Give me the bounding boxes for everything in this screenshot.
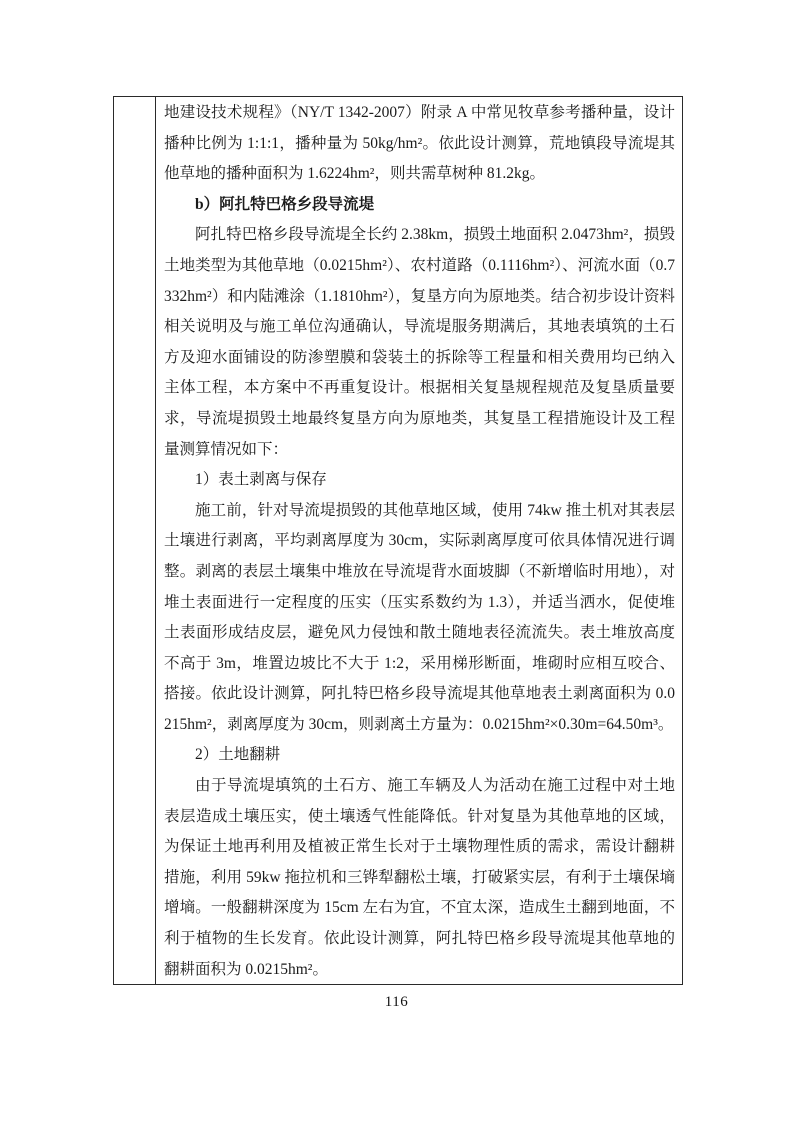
page-number: 116 <box>0 992 793 1012</box>
paragraph-topsoil-stripping: 施工前，针对导流堤损毁的其他草地区域，使用 74kw 推土机对其表层土壤进行剥离… <box>164 496 675 741</box>
table-stub-column <box>114 97 156 984</box>
page-canvas: 地建设技术规程》（NY/T 1342-2007）附录 A 中常见牧草参考播种量，… <box>0 0 793 1122</box>
table-content-cell: 地建设技术规程》（NY/T 1342-2007）附录 A 中常见牧草参考播种量，… <box>156 97 682 984</box>
paragraph-overview: 阿扎特巴格乡段导流堤全长约 2.38km，损毁土地面积 2.0473hm²，损毁… <box>164 220 675 465</box>
paragraph-continuation: 地建设技术规程》（NY/T 1342-2007）附录 A 中常见牧草参考播种量，… <box>164 98 675 190</box>
document-page: { "page": { "number": "116" }, "content"… <box>0 0 793 1122</box>
paragraph-land-ploughing: 由于导流堤填筑的土石方、施工车辆及人为活动在施工过程中对土地表层造成土壤压实，使… <box>164 771 675 984</box>
section-heading-b: b）阿扎特巴格乡段导流堤 <box>164 190 675 221</box>
content-table: 地建设技术规程》（NY/T 1342-2007）附录 A 中常见牧草参考播种量，… <box>113 96 683 985</box>
list-heading-land-ploughing: 2）土地翻耕 <box>164 740 675 771</box>
list-heading-topsoil-stripping: 1）表土剥离与保存 <box>164 465 675 496</box>
